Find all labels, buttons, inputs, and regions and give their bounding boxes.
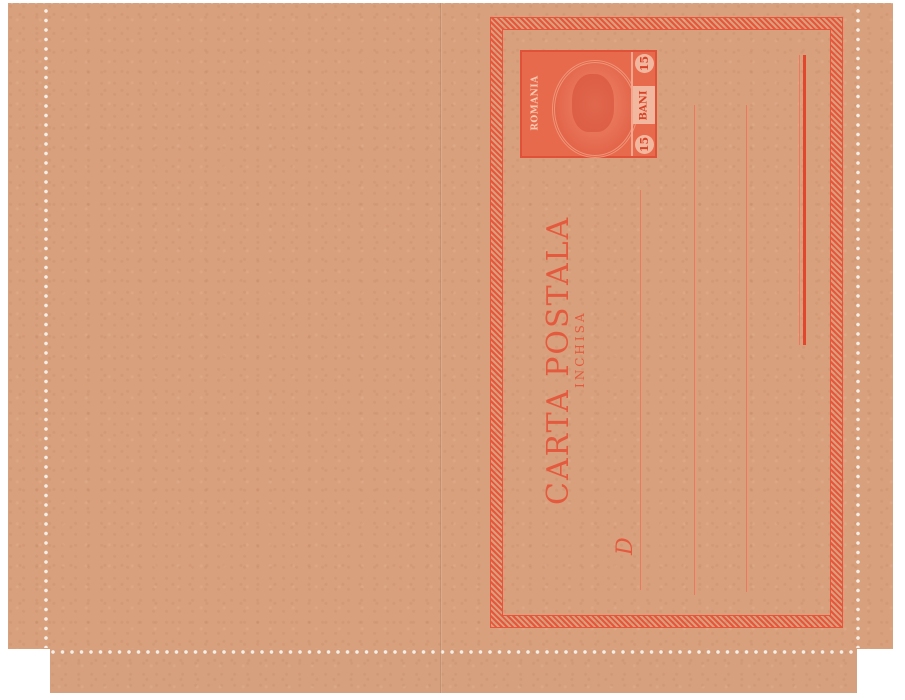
stamp-value-panel: 15 BANI 15 [631, 52, 655, 156]
stamp-value-top: 15 [635, 54, 654, 73]
address-prefix: D [613, 537, 638, 555]
bottom-flap [50, 649, 857, 693]
address-line-4 [799, 55, 800, 345]
stamp-currency: BANI [633, 86, 655, 124]
bottom-perforation-line [50, 650, 856, 654]
postage-stamp-imprint: ROMANIA 15 BANI 15 [520, 50, 657, 158]
right-perforation-line [856, 8, 860, 648]
address-line-3 [746, 105, 747, 592]
top-perforated-edge [8, 0, 893, 6]
stamp-value-bottom: 15 [635, 135, 654, 154]
stamp-currency-text: BANI [639, 90, 650, 120]
stamp-country: ROMANIA [531, 75, 541, 130]
king-portrait [572, 74, 614, 132]
address-line-1 [640, 190, 641, 590]
center-fold [440, 3, 442, 693]
card-title: CARTA POSTALA [541, 216, 576, 505]
address-line-4-bold [803, 55, 806, 345]
left-perforation-line [44, 8, 48, 648]
address-line-2 [694, 105, 695, 595]
card-subtitle: INCHISA [573, 310, 587, 388]
bottom-right-torn-edge [857, 646, 893, 654]
